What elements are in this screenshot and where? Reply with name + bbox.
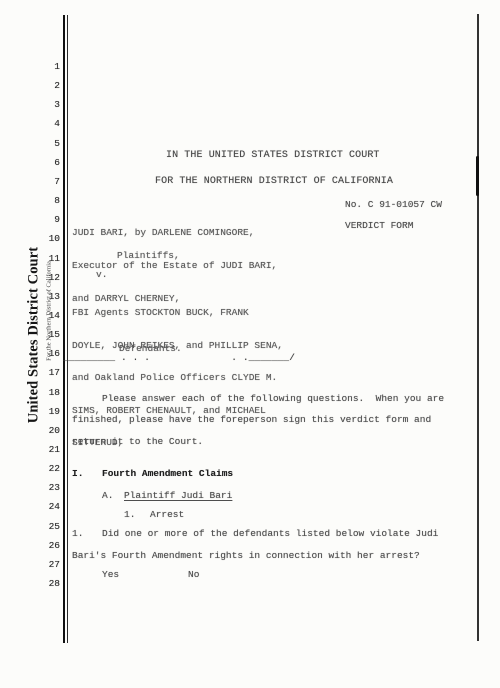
- versus-label: v.: [96, 269, 107, 280]
- line-number: 17: [36, 367, 60, 378]
- line-number: 27: [36, 559, 60, 570]
- line-number: 28: [36, 578, 60, 589]
- caption-plaintiff-line: JUDI BARI, by DARLENE COMINGORE,: [72, 227, 277, 238]
- line-number: 14: [36, 310, 60, 321]
- question-line: Did one or more of the defendants listed…: [102, 528, 438, 539]
- right-margin-scan-smudge: [476, 156, 480, 196]
- question-number: 1.: [72, 528, 83, 539]
- line-number: 13: [36, 291, 60, 302]
- answer-yes-label: Yes: [102, 569, 119, 580]
- line-number: 7: [36, 176, 60, 187]
- line-number: 20: [36, 425, 60, 436]
- left-margin-rule-inner: [67, 15, 68, 643]
- right-margin-rule: [477, 14, 479, 641]
- line-number: 3: [36, 99, 60, 110]
- line-number: 15: [36, 329, 60, 340]
- court-heading-line2: FOR THE NORTHERN DISTRICT OF CALIFORNIA: [155, 176, 393, 187]
- section-numeral: I.: [72, 468, 83, 479]
- line-number: 22: [36, 463, 60, 474]
- instruction-line: finished, please have the foreperson sig…: [72, 414, 431, 425]
- line-number: 25: [36, 521, 60, 532]
- line-number: 10: [36, 233, 60, 244]
- line-number: 12: [36, 272, 60, 283]
- line-number: 6: [36, 157, 60, 168]
- line-number: 1: [36, 61, 60, 72]
- question-line: Bari's Fourth Amendment rights in connec…: [72, 550, 420, 561]
- line-number: 18: [36, 387, 60, 398]
- section-title: Fourth Amendment Claims: [102, 468, 233, 479]
- caption-defendant-line: FBI Agents STOCKTON BUCK, FRANK: [72, 307, 283, 318]
- line-number: 19: [36, 406, 60, 417]
- line-number: 21: [36, 444, 60, 455]
- plaintiffs-label: Plaintiffs,: [117, 250, 180, 261]
- line-number: 4: [36, 118, 60, 129]
- left-margin-rule-outer: [63, 15, 65, 643]
- instruction-line: return it to the Court.: [72, 436, 203, 447]
- line-number: 5: [36, 138, 60, 149]
- line-number: 8: [36, 195, 60, 206]
- subsection-title: Plaintiff Judi Bari: [124, 490, 232, 501]
- document-title: VERDICT FORM: [345, 220, 413, 231]
- caption-closing-rule: _________ . . . . ._______/: [63, 352, 295, 363]
- court-heading-line1: IN THE UNITED STATES DISTRICT COURT: [166, 150, 380, 161]
- line-number: 23: [36, 482, 60, 493]
- line-number: 9: [36, 214, 60, 225]
- line-number: 2: [36, 80, 60, 91]
- scanned-court-document-page: United States District Court For the Nor…: [0, 0, 500, 688]
- item-title: Arrest: [150, 509, 184, 520]
- line-number: 26: [36, 540, 60, 551]
- line-number: 16: [36, 348, 60, 359]
- item-number: 1.: [124, 509, 135, 520]
- subsection-letter: A.: [102, 490, 113, 501]
- answer-no-label: No: [188, 569, 199, 580]
- caption-defendant-line: and Oakland Police Officers CLYDE M.: [72, 372, 283, 383]
- line-number: 11: [36, 253, 60, 264]
- case-number: No. C 91-01057 CW: [345, 199, 442, 210]
- line-number: 24: [36, 501, 60, 512]
- instruction-line: Please answer each of the following ques…: [102, 393, 444, 404]
